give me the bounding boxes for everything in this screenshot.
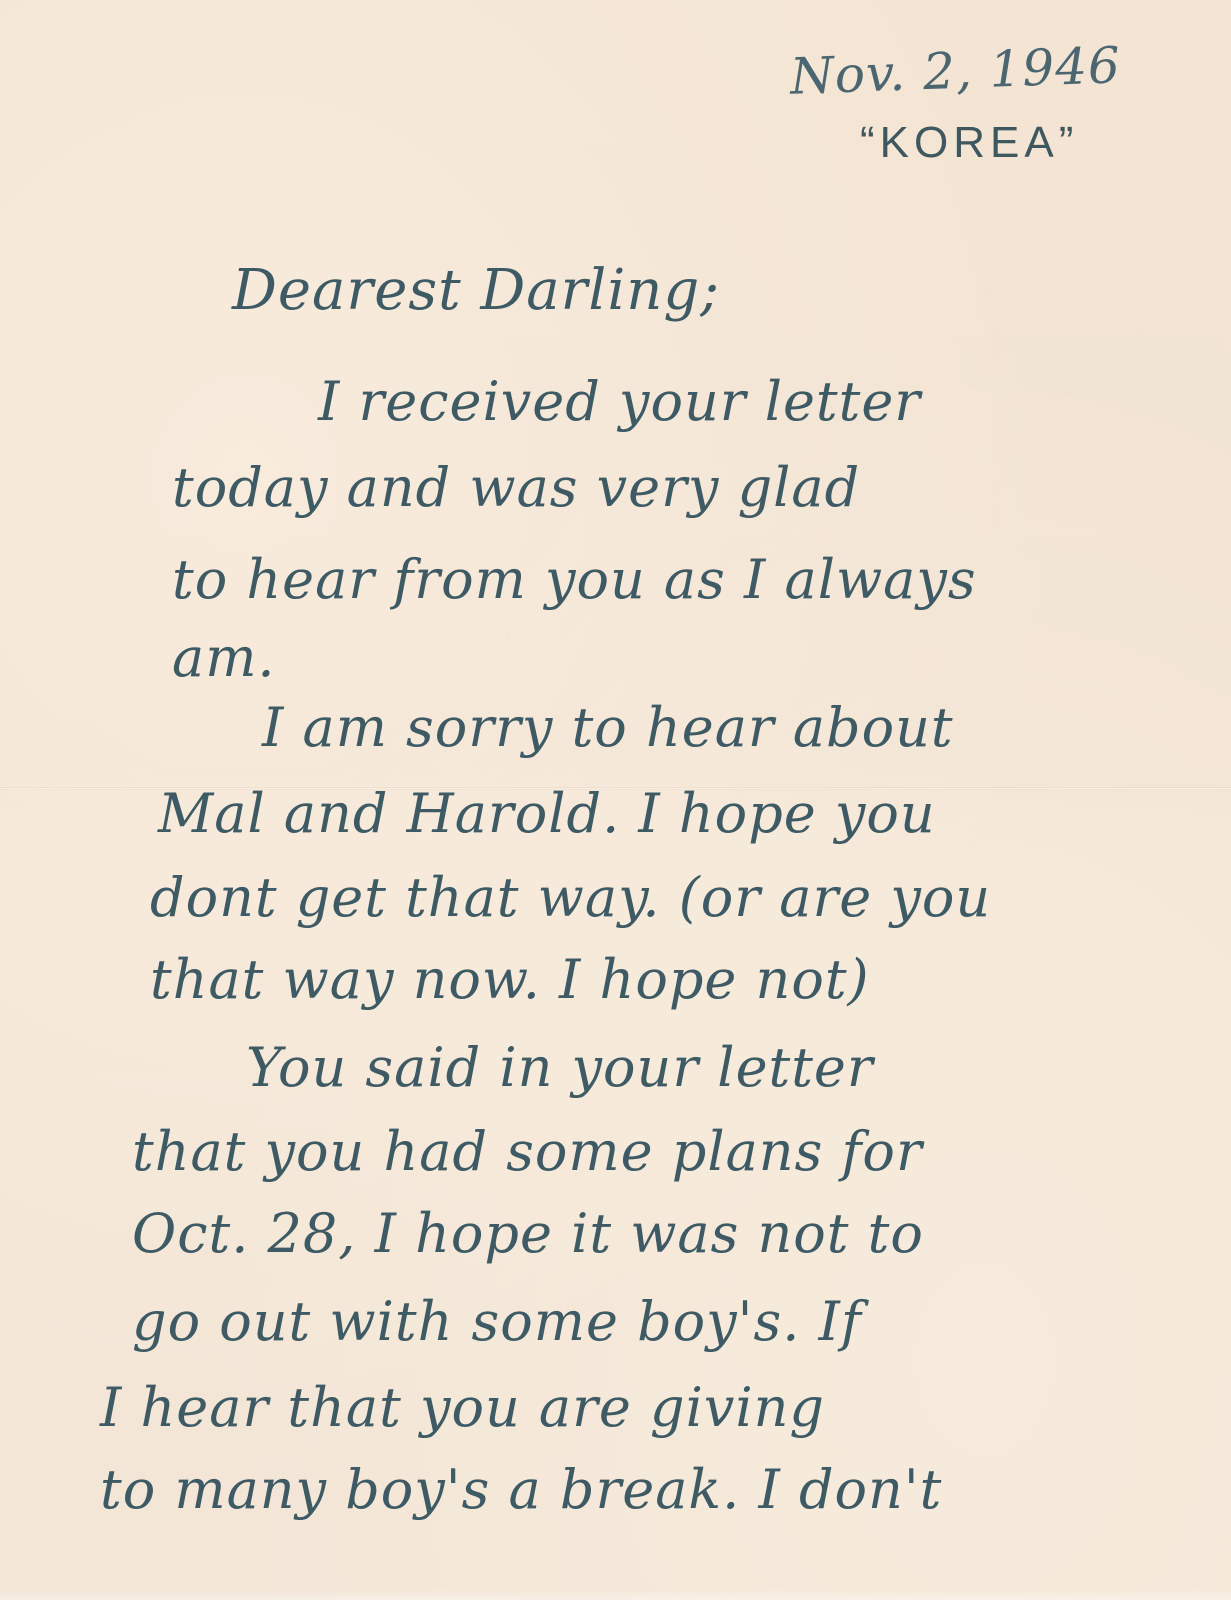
letter-line: go out with some boy's. If — [132, 1290, 862, 1353]
letter-line: am. — [172, 626, 276, 689]
letter-page: Nov. 2, 1946 “KOREA” Dearest Darling; I … — [0, 0, 1231, 1600]
paper-bottom-edge — [0, 1590, 1231, 1600]
letter-line: today and was very glad — [172, 456, 860, 519]
letter-salutation: Dearest Darling; — [232, 258, 720, 323]
letter-line: I hear that you are giving — [100, 1376, 825, 1439]
letter-line: You said in your letter — [246, 1036, 874, 1099]
letter-line: to hear from you as I always — [172, 548, 977, 611]
letter-line: I am sorry to hear about — [262, 696, 954, 759]
letter-line: dont get that way. (or are you — [150, 866, 991, 929]
letter-location: “KOREA” — [860, 118, 1078, 168]
letter-line: I received your letter — [318, 370, 921, 433]
letter-line: Mal and Harold. I hope you — [158, 782, 936, 845]
letter-date: Nov. 2, 1946 — [789, 36, 1122, 106]
letter-line: that you had some plans for — [132, 1120, 923, 1183]
letter-line: to many boy's a break. I don't — [100, 1458, 942, 1521]
letter-line: Oct. 28, I hope it was not to — [132, 1202, 924, 1265]
letter-line: that way now. I hope not) — [150, 948, 870, 1011]
